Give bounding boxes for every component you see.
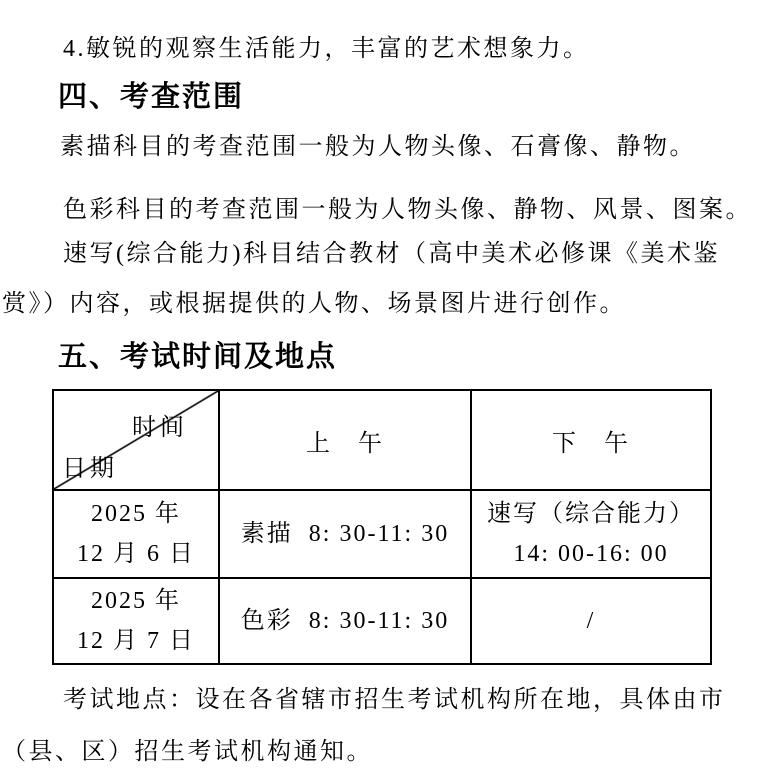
morning-cell-dec7: 色彩 8: 30-11: 30 (220, 579, 472, 663)
section-4-heading: 四、考查范围 (58, 80, 244, 114)
corner-date-label: 日期 (62, 448, 118, 483)
sketch-scope-line: 素描科目的考查范围一般为人物头像、石膏像、静物。 (60, 133, 696, 161)
table-corner-cell: 时间 日期 (54, 391, 220, 491)
afternoon-cell-dec7: / (472, 579, 710, 663)
date-cell-dec6: 2025 年 12 月 6 日 (54, 491, 220, 579)
date-line-year: 2025 年 (91, 581, 181, 621)
date-line-year: 2025 年 (91, 494, 181, 534)
afternoon-subject: 速写（综合能力） (487, 494, 695, 534)
color-scope-line: 色彩科目的考查范围一般为人物头像、静物、风景、图案。 (63, 196, 752, 224)
exam-schedule-table: 时间 日期 上 午 下 午 2025 年 12 月 6 日 素描 8: 30-1… (52, 389, 712, 665)
exam-location-line-1: 考试地点：设在各省辖市招生考试机构所在地，具体由市 (63, 686, 726, 714)
suxie-scope-line-1: 速写(综合能力)科目结合教材（高中美术必修课《美术鉴 (63, 240, 720, 268)
column-header-afternoon: 下 午 (472, 391, 710, 491)
afternoon-cell-dec6: 速写（综合能力） 14: 00-16: 00 (472, 491, 710, 579)
column-header-morning: 上 午 (220, 391, 472, 491)
suxie-scope-line-2: 赏》）内容，或根据提供的人物、场景图片进行创作。 (2, 290, 626, 318)
section-5-heading: 五、考试时间及地点 (58, 340, 337, 374)
ability-item-4: 4.敏锐的观察生活能力，丰富的艺术想象力。 (63, 35, 590, 63)
date-cell-dec7: 2025 年 12 月 7 日 (54, 579, 220, 663)
afternoon-time: 14: 00-16: 00 (513, 534, 668, 574)
exam-location-line-2: （县、区）招生考试机构通知。 (2, 738, 373, 766)
date-line-day: 12 月 7 日 (77, 621, 195, 661)
date-line-day: 12 月 6 日 (77, 534, 195, 574)
document-page: 4.敏锐的观察生活能力，丰富的艺术想象力。 四、考查范围 素描科目的考查范围一般… (0, 0, 782, 776)
morning-cell-dec6: 素描 8: 30-11: 30 (220, 491, 472, 579)
corner-time-label: 时间 (132, 407, 188, 442)
